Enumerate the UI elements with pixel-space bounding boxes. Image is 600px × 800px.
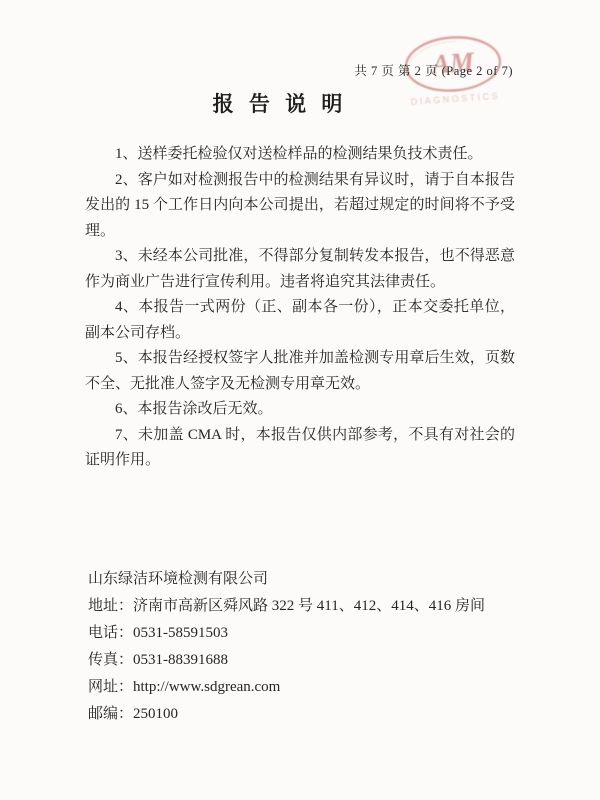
note-7: 7、未加盖 CMA 时，本报告仅供内部参考，不具有对社会的证明作用。 [85, 423, 515, 474]
note-2: 2、客户如对检测报告中的检测结果有异议时，请于自本报告发出的 15 个工作日内向… [85, 168, 515, 245]
note-3: 3、未经本公司批准，不得部分复制转发本报告，也不得恶意作为商业广告进行宣传利用。… [85, 244, 515, 295]
note-6: 6、本报告涂改后无效。 [85, 397, 515, 423]
company-website: 网址：http://www.sdgrean.com [88, 674, 528, 701]
company-fax: 传真：0531-88391688 [88, 647, 528, 674]
company-address: 地址：济南市高新区舜风路 322 号 411、412、414、416 房间 [88, 593, 528, 620]
report-notes: 1、送样委托检验仅对送检样品的检测结果负技术责任。 2、客户如对检测报告中的检测… [85, 142, 515, 474]
note-5: 5、本报告经授权签字人批准并加盖检测专用章后生效，页数不全、无批准人签字及无检测… [85, 346, 515, 397]
page-number-info: 共 7 页 第 2 页 (Page 2 of 7) [354, 61, 513, 79]
document-title: 报 告 说 明 [0, 88, 560, 118]
note-4: 4、本报告一式两份（正、副本各一份），正本交委托单位，副本公司存档。 [85, 295, 515, 346]
company-postcode: 邮编：250100 [88, 701, 528, 728]
company-name: 山东绿洁环境检测有限公司 [88, 566, 528, 593]
note-1: 1、送样委托检验仅对送检样品的检测结果负技术责任。 [85, 142, 515, 168]
company-phone: 电话：0531-58591503 [88, 620, 528, 647]
company-contact-block: 山东绿洁环境检测有限公司 地址：济南市高新区舜风路 322 号 411、412、… [88, 566, 528, 728]
scanned-report-page: .............................. .........… [0, 0, 600, 800]
